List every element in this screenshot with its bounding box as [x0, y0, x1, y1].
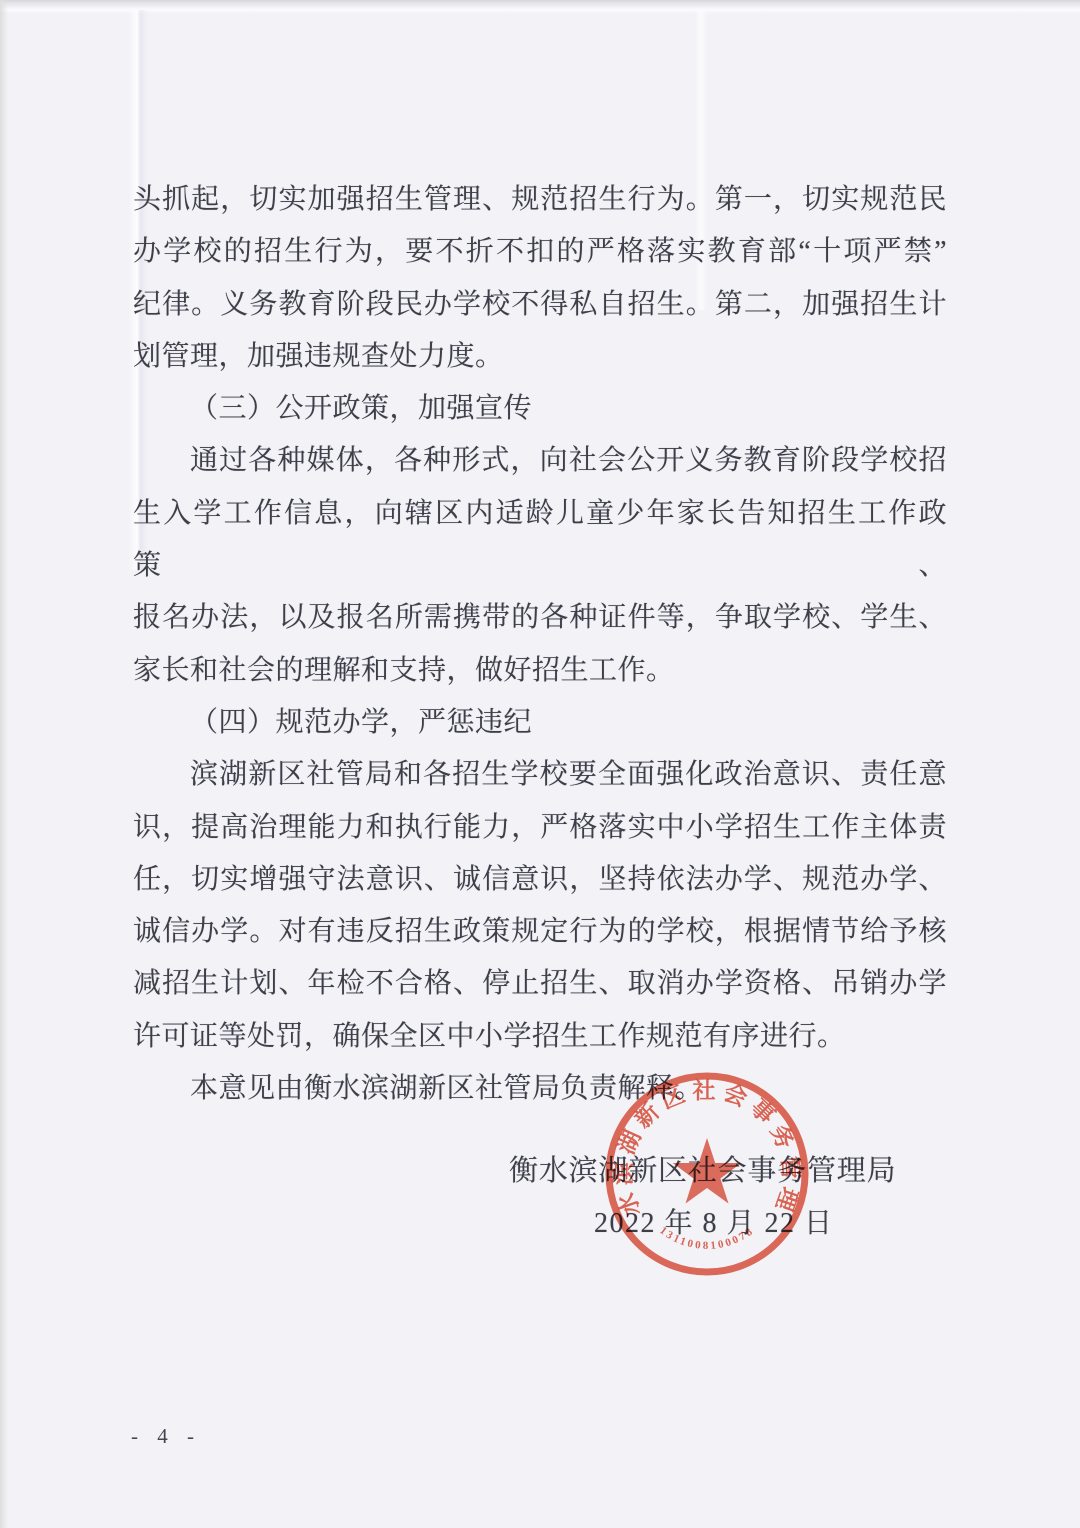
body-line: 生入学工作信息，向辖区内适龄儿童少年家长告知招生工作政策、	[133, 488, 947, 593]
seal-code: 1311008100078	[657, 1225, 756, 1252]
body-line: 减招生计划、年检不合格、停止招生、取消办学资格、吊销办学	[133, 958, 947, 1010]
body-line: （三）公开政策，加强宣传	[133, 383, 947, 435]
body-line: 报名办法，以及报名所需携带的各种证件等，争取学校、学生、	[133, 592, 947, 644]
body-line: 本意见由衡水滨湖新区社管局负责解释。	[133, 1063, 947, 1115]
body-line: 办学校的招生行为，要不折不扣的严格落实教育部“十项严禁”	[133, 226, 947, 278]
document-body: 头抓起，切实加强招生管理、规范招生行为。第一，切实规范民办学校的招生行为，要不折…	[133, 174, 947, 1115]
body-line: 头抓起，切实加强招生管理、规范招生行为。第一，切实规范民	[133, 174, 947, 226]
body-line: 纪律。义务教育阶段民办学校不得私自招生。第二，加强招生计	[133, 279, 947, 331]
svg-text:衡水滨湖新区社会事务管理局: 衡水滨湖新区社会事务管理局	[601, 1068, 805, 1220]
scan-left-edge	[0, 0, 8, 1528]
body-line: 任，切实增强守法意识、诚信意识，坚持依法办学、规范办学、	[133, 854, 947, 906]
body-line: 许可证等处罚，确保全区中小学招生工作规范有序进行。	[133, 1011, 947, 1063]
seal-star-icon	[673, 1138, 742, 1204]
official-seal: 衡水滨湖新区社会事务管理局 1311008100078	[601, 1068, 813, 1280]
body-line: 家长和社会的理解和支持，做好招生工作。	[133, 645, 947, 697]
seal-arc-label: 衡水滨湖新区社会事务管理局	[601, 1068, 805, 1220]
svg-text:1311008100078: 1311008100078	[657, 1225, 756, 1252]
page-number: - 4 -	[131, 1424, 201, 1449]
body-line: （四）规范办学，严惩违纪	[133, 697, 947, 749]
body-line: 滨湖新区社管局和各招生学校要全面强化政治意识、责任意	[133, 749, 947, 801]
body-line: 通过各种媒体，各种形式，向社会公开义务教育阶段学校招	[133, 435, 947, 487]
body-line: 划管理，加强违规查处力度。	[133, 331, 947, 383]
body-line: 识，提高治理能力和执行能力，严格落实中小学招生工作主体责	[133, 802, 947, 854]
scan-top-edge	[0, 0, 1080, 14]
body-line: 诚信办学。对有违反招生政策规定行为的学校，根据情节给予核	[133, 906, 947, 958]
